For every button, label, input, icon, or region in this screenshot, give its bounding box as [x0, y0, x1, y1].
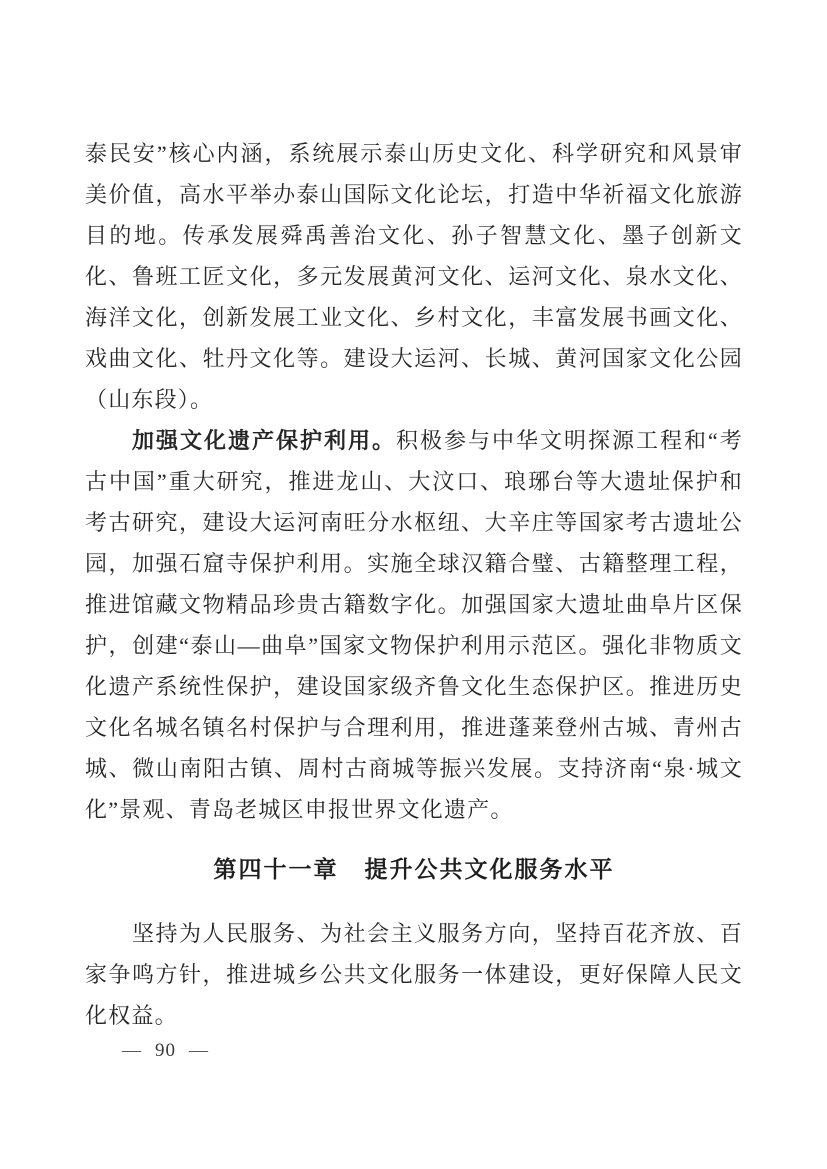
page-number: 90: [155, 1040, 176, 1062]
paragraph-continuation: 泰民安”核心内涵，系统展示泰山历史文化、科学研究和风景审美价值，高水平举办泰山国…: [85, 133, 743, 420]
page-footer: — 90 —: [122, 1040, 209, 1062]
paragraph-body-text: 积极参与中华文明探源工程和“考古中国”重大研究，推进龙山、大汶口、琅琊台等大遗址…: [85, 428, 743, 822]
paragraph-heritage-protection: 加强文化遗产保护利用。积极参与中华文明探源工程和“考古中国”重大研究，推进龙山、…: [85, 420, 743, 830]
document-body: 泰民安”核心内涵，系统展示泰山历史文化、科学研究和风景审美价值，高水平举办泰山国…: [85, 133, 743, 1036]
chapter-title: 提升公共文化服务水平: [365, 857, 615, 882]
footer-dash-left: —: [122, 1040, 142, 1062]
paragraph-public-culture: 坚持为人民服务、为社会主义服务方向，坚持百花齐放、百家争鸣方针，推进城乡公共文化…: [85, 913, 743, 1036]
paragraph-lead-bold: 加强文化遗产保护利用。: [132, 428, 396, 453]
footer-dash-right: —: [189, 1040, 209, 1062]
chapter-heading: 第四十一章提升公共文化服务水平: [85, 848, 743, 892]
document-page: 泰民安”核心内涵，系统展示泰山历史文化、科学研究和风景审美价值，高水平举办泰山国…: [0, 0, 827, 1169]
chapter-number: 第四十一章: [214, 857, 339, 882]
